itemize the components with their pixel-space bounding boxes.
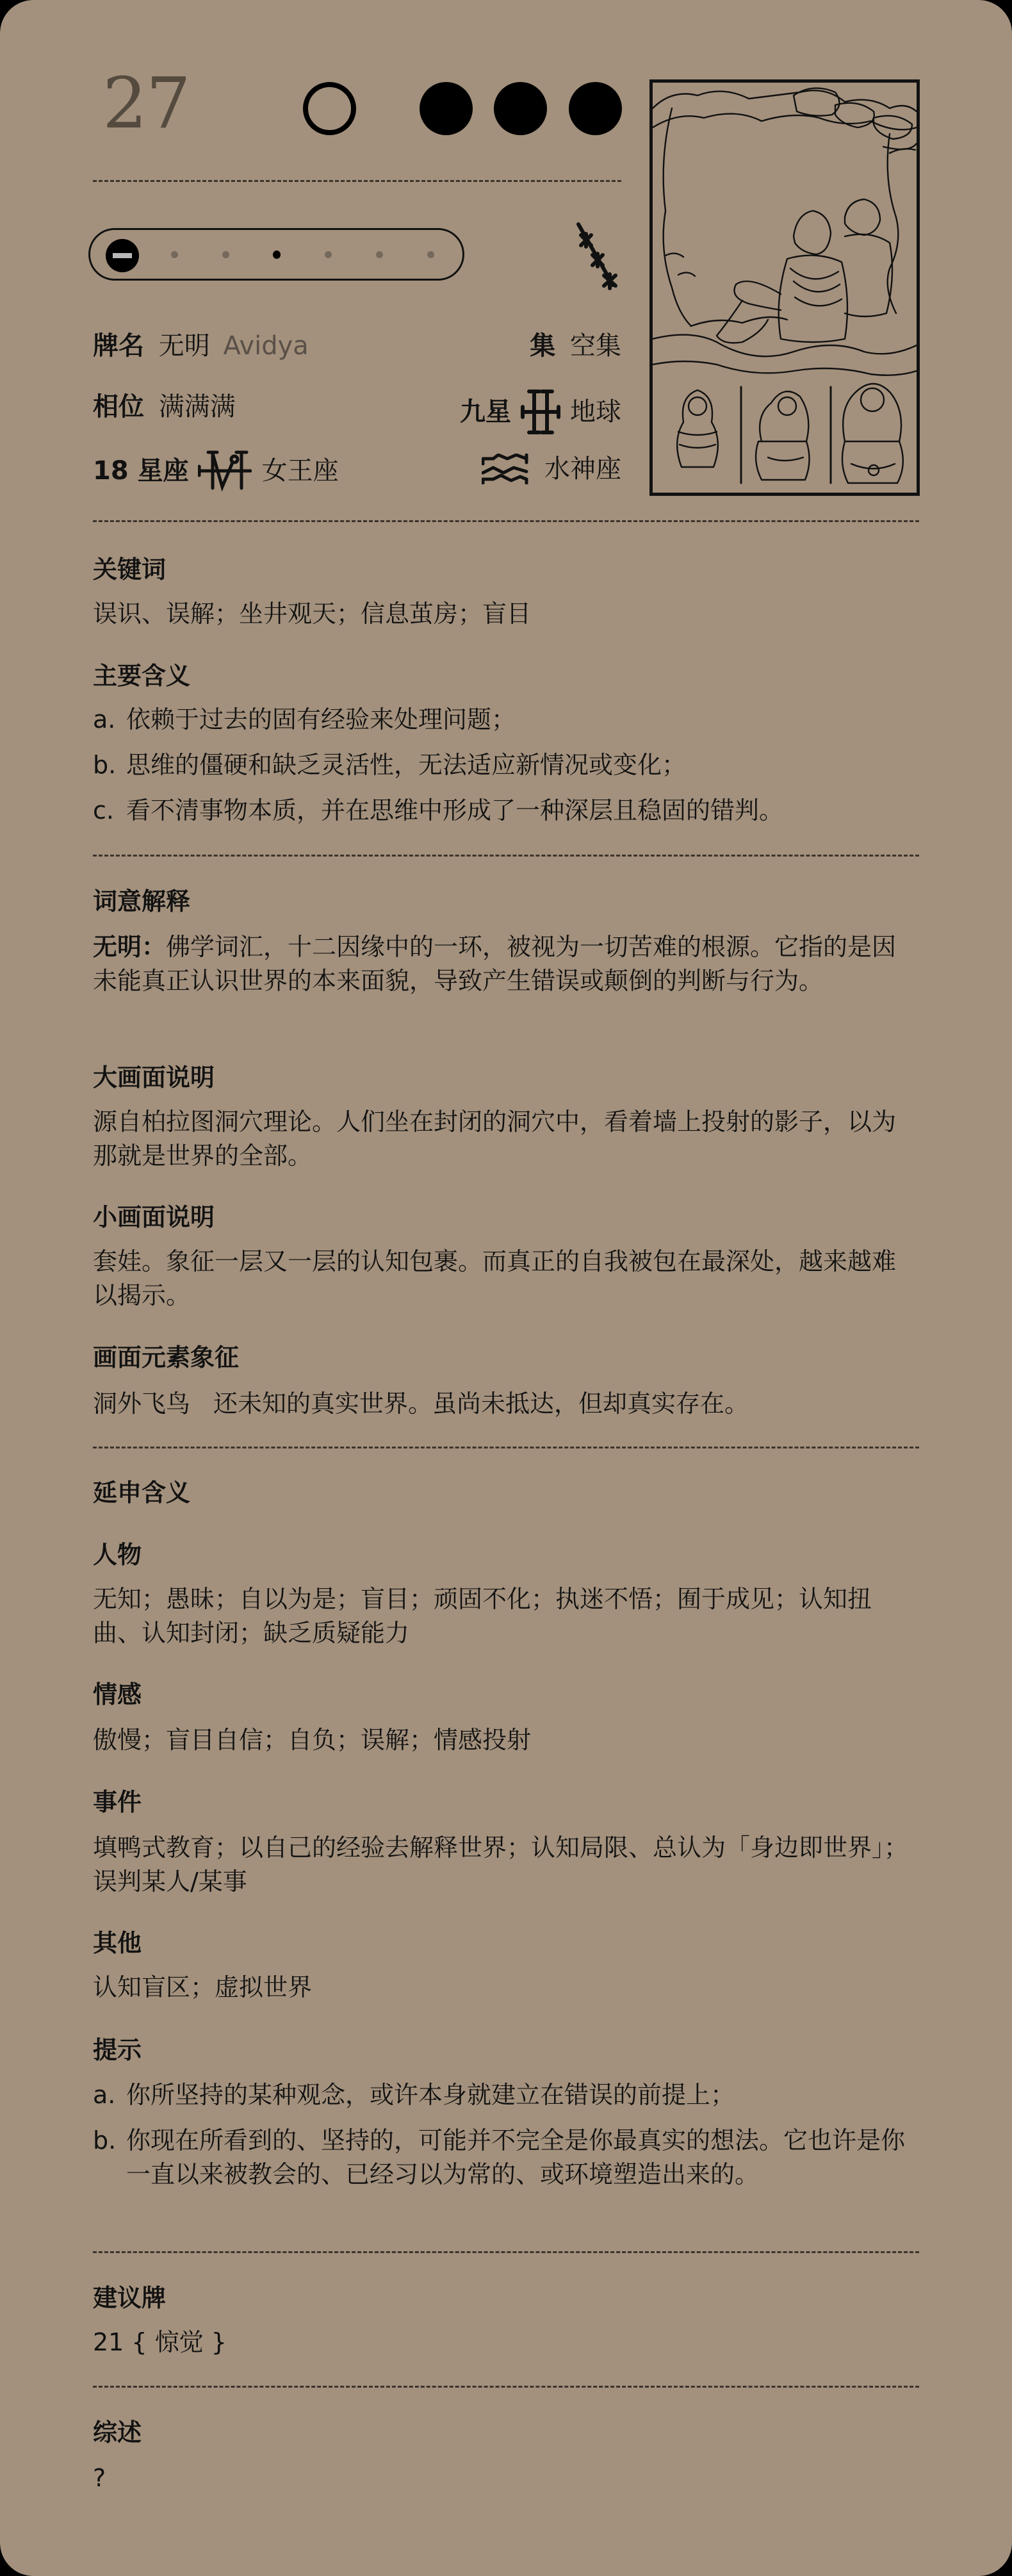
cave-scene-illustration-icon (653, 83, 917, 493)
rating-circle-filled-icon (420, 82, 473, 135)
small-picture-text: 套娃。象征一层又一层的认知包裹。而真正的自我被包在最深处，越来越难以揭示。 (93, 1245, 919, 1313)
rating-circle-filled-icon (494, 82, 547, 135)
people-text: 无知；愚昧；自以为是；盲目；顽固不化；执迷不悟；囿于成见；认知扭曲、认知封闭；缺… (93, 1582, 919, 1650)
term-label: 无明： (93, 933, 166, 961)
keywords-text: 误识、误解；坐井观天；信息茧房；盲目 (93, 597, 919, 631)
list-text: 你所坚持的某种观念，或许本身就建立在错误的前提上； (126, 2078, 919, 2112)
phase-label: 相位 (93, 392, 144, 422)
summary-text: ? (93, 2461, 919, 2495)
divider (93, 2386, 919, 2388)
divider (93, 855, 919, 857)
nine-star-value: 地球 (570, 393, 621, 431)
phase-row: 相位 满满满 (93, 388, 236, 426)
nine-star-row: 九星 地球 (460, 388, 621, 436)
sword-symbol-icon (573, 221, 621, 291)
symbol-meaning: 还未知的真实世界。虽尚未抵达，但却真实存在。 (213, 1390, 749, 1418)
constellation-value: 女王座 (262, 452, 339, 490)
tarot-card-page: 27 牌名 无明 Avidya 集 空集 相位 满满满 九星 (0, 0, 1012, 2576)
set-value: 空集 (570, 331, 621, 361)
constellation2-row: 水神座 (482, 450, 621, 488)
people-heading: 人物 (93, 1538, 142, 1572)
card-illustration (649, 79, 920, 496)
extended-heading: 延申含义 (93, 1475, 190, 1510)
card-name-row: 牌名 无明 Avidya (93, 327, 309, 365)
other-heading: 其他 (93, 1926, 142, 1960)
small-picture-heading: 小画面说明 (93, 1200, 215, 1235)
list-item: b. 你现在所看到的、坚持的，可能并不完全是你最真实的想法。它也许是你一直以来被… (93, 2124, 919, 2192)
word-meaning-text: 无明：佛学词汇，十二因缘中的一环，被视为一切苦难的根源。它指的是因未能真正认识世… (93, 930, 919, 998)
divider (93, 520, 919, 522)
list-text: 思维的僵硬和缺乏灵活性，无法适应新情况或变化； (126, 748, 919, 782)
divider (93, 2251, 919, 2253)
big-picture-heading: 大画面说明 (93, 1060, 215, 1095)
symbols-heading: 画面元素象征 (93, 1340, 239, 1375)
list-marker: b. (93, 2124, 126, 2192)
card-name-label: 牌名 (93, 331, 144, 361)
word-meaning-heading: 词意解释 (93, 884, 190, 919)
card-number: 27 (102, 62, 190, 145)
list-marker: c. (93, 794, 126, 828)
hints-list: a. 你所坚持的某种观念，或许本身就建立在错误的前提上； b. 你现在所看到的、… (93, 2078, 919, 2192)
divider (93, 180, 621, 182)
list-item: a. 你所坚持的某种观念，或许本身就建立在错误的前提上； (93, 2078, 919, 2112)
list-text: 依赖于过去的固有经验来处理问题； (126, 703, 919, 737)
phase-value: 满满满 (159, 392, 236, 422)
constellation2-value: 水神座 (544, 450, 621, 488)
divider (93, 1447, 919, 1448)
queen-constellation-glyph-icon (198, 450, 252, 492)
nine-star-label: 九星 (460, 393, 511, 431)
symbols-text: 洞外飞鸟还未知的真实世界。虽尚未抵达，但却真实存在。 (93, 1387, 919, 1421)
slider-dot[interactable] (376, 251, 383, 258)
emotion-text: 傲慢；盲目自信；自负；误解；情感投射 (93, 1723, 919, 1757)
aquarius-glyph-icon (482, 454, 529, 484)
big-picture-text: 源自柏拉图洞穴理论。人们坐在封闭的洞穴中，看着墙上投射的影子，以为那就是世界的全… (93, 1105, 919, 1173)
list-item: b. 思维的僵硬和缺乏灵活性，无法适应新情况或变化； (93, 748, 919, 782)
card-name-cn: 无明 (159, 331, 210, 361)
list-item: c. 看不清事物本质，并在思维中形成了一种深层且稳固的错判。 (93, 794, 919, 828)
set-label: 集 (530, 331, 555, 361)
slider-dot[interactable] (325, 251, 332, 258)
slider-dot[interactable] (222, 251, 229, 258)
list-item: a. 依赖于过去的固有经验来处理问题； (93, 703, 919, 737)
slider-dot-active[interactable] (273, 250, 281, 259)
set-row: 集 空集 (530, 327, 621, 365)
rating-circle-empty-icon (303, 82, 356, 135)
slider-dot[interactable] (427, 251, 434, 258)
rating-circle-filled-icon (569, 82, 622, 135)
list-marker: b. (93, 748, 126, 782)
main-meaning-list: a. 依赖于过去的固有经验来处理问题； b. 思维的僵硬和缺乏灵活性，无法适应新… (93, 703, 919, 828)
constellation-row: 18 星座 女王座 (93, 450, 339, 492)
suggested-heading: 建议牌 (93, 2281, 166, 2315)
events-heading: 事件 (93, 1785, 142, 1819)
list-text: 看不清事物本质，并在思维中形成了一种深层且稳固的错判。 (126, 794, 919, 828)
list-marker: a. (93, 2078, 126, 2112)
suggested-card-link[interactable]: 21 { 惊觉 } (93, 2326, 919, 2359)
symbol-element: 洞外飞鸟 (93, 1390, 190, 1418)
earth-glyph-icon (520, 388, 561, 436)
card-name-en: Avidya (223, 331, 308, 361)
summary-heading: 综述 (93, 2415, 142, 2450)
hints-heading: 提示 (93, 2033, 142, 2067)
list-marker: a. (93, 703, 126, 737)
emotion-heading: 情感 (93, 1677, 142, 1712)
other-text: 认知盲区；虚拟世界 (93, 1971, 919, 2005)
slider-dot[interactable] (171, 251, 178, 258)
constellation-label: 18 星座 (93, 452, 189, 490)
minus-button[interactable] (106, 239, 139, 272)
list-text: 你现在所看到的、坚持的，可能并不完全是你最真实的想法。它也许是你一直以来被教会的… (126, 2124, 919, 2192)
term-definition: 佛学词汇，十二因缘中的一环，被视为一切苦难的根源。它指的是因未能真正认识世界的本… (93, 933, 896, 995)
keywords-heading: 关键词 (93, 552, 166, 587)
main-meaning-heading: 主要含义 (93, 659, 190, 693)
events-text: 填鸭式教育；以自己的经验去解释世界；认知局限、总认为「身边即世界」；误判某人/某… (93, 1831, 919, 1899)
